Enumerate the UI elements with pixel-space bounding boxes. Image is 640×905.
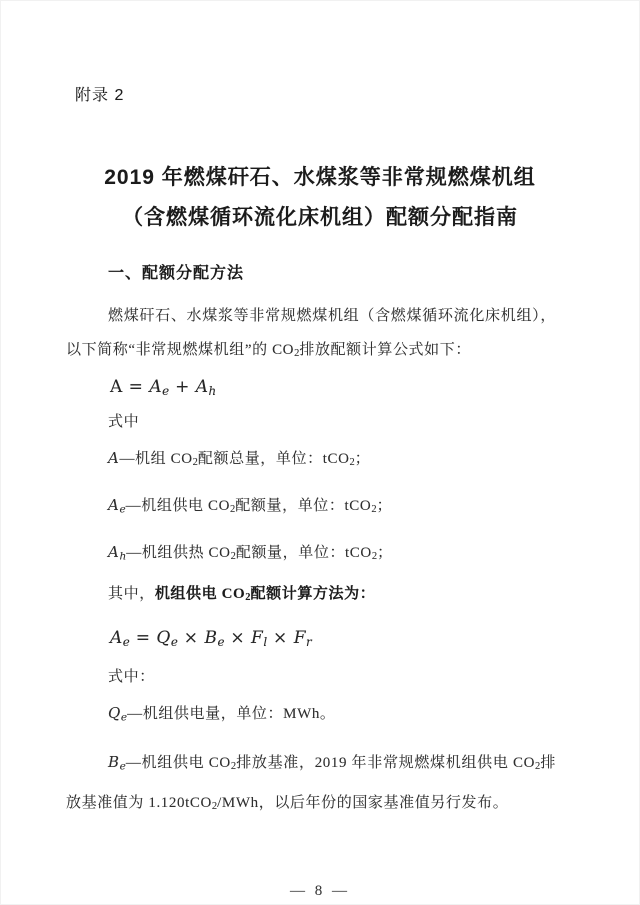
variable-definition-ae: Ae—机组供电 CO2配额量，单位：tCO2； <box>66 493 556 522</box>
variable-definition-a: A—机组 CO2配额总量，单位：tCO2； <box>66 446 556 475</box>
document-title: 2019 年燃煤矸石、水煤浆等非常规燃煤机组 （含燃煤循环流化床机组）配额分配指… <box>0 158 640 238</box>
document-title-line-1: 2019 年燃煤矸石、水煤浆等非常规燃煤机组 <box>0 158 640 198</box>
variable-definition-be-line-1: Be—机组供电 CO2排放基准，2019 年非常规燃煤机组供电 CO2排 <box>66 744 556 785</box>
variable-definition-ah: Ah—机组供热 CO2配额量，单位：tCO2； <box>66 540 556 569</box>
section-heading: 一、配额分配方法 <box>66 262 556 286</box>
where-label-2: 式中： <box>66 666 556 688</box>
intro-paragraph-line-1: 燃煤矸石、水煤浆等非常规燃煤机组（含燃煤循环流化床机组）， <box>66 299 556 333</box>
page-number: — 8 — <box>0 881 640 901</box>
variable-definition-be-line-2: 放基准值为 1.120tCO2/MWh，以后年份的国家基准值另行发布。 <box>66 785 556 825</box>
page-content: 附录 2 2019 年燃煤矸石、水煤浆等非常规燃煤机组 （含燃煤循环流化床机组）… <box>0 0 640 901</box>
document-title-line-2: （含燃煤循环流化床机组）配额分配指南 <box>0 198 640 238</box>
formula-electricity-allowance: Ae = Qe × Be × Fl × Fr <box>66 624 556 656</box>
intro-paragraph-line-2: 以下简称“非常规燃煤机组”的 CO2排放配额计算公式如下： <box>66 333 556 371</box>
document-page: 附录 2 2019 年燃煤矸石、水煤浆等非常规燃煤机组 （含燃煤循环流化床机组）… <box>0 0 640 905</box>
appendix-label: 附录 2 <box>75 86 556 106</box>
method-intro-line: 其中，机组供电 CO2配额计算方法为： <box>66 582 556 610</box>
formula-total-allowance: A = Ae + Ah <box>66 374 556 404</box>
variable-definition-qe: Qe—机组供电量，单位：MWh。 <box>66 701 556 730</box>
where-label-1: 式中 <box>66 411 556 433</box>
